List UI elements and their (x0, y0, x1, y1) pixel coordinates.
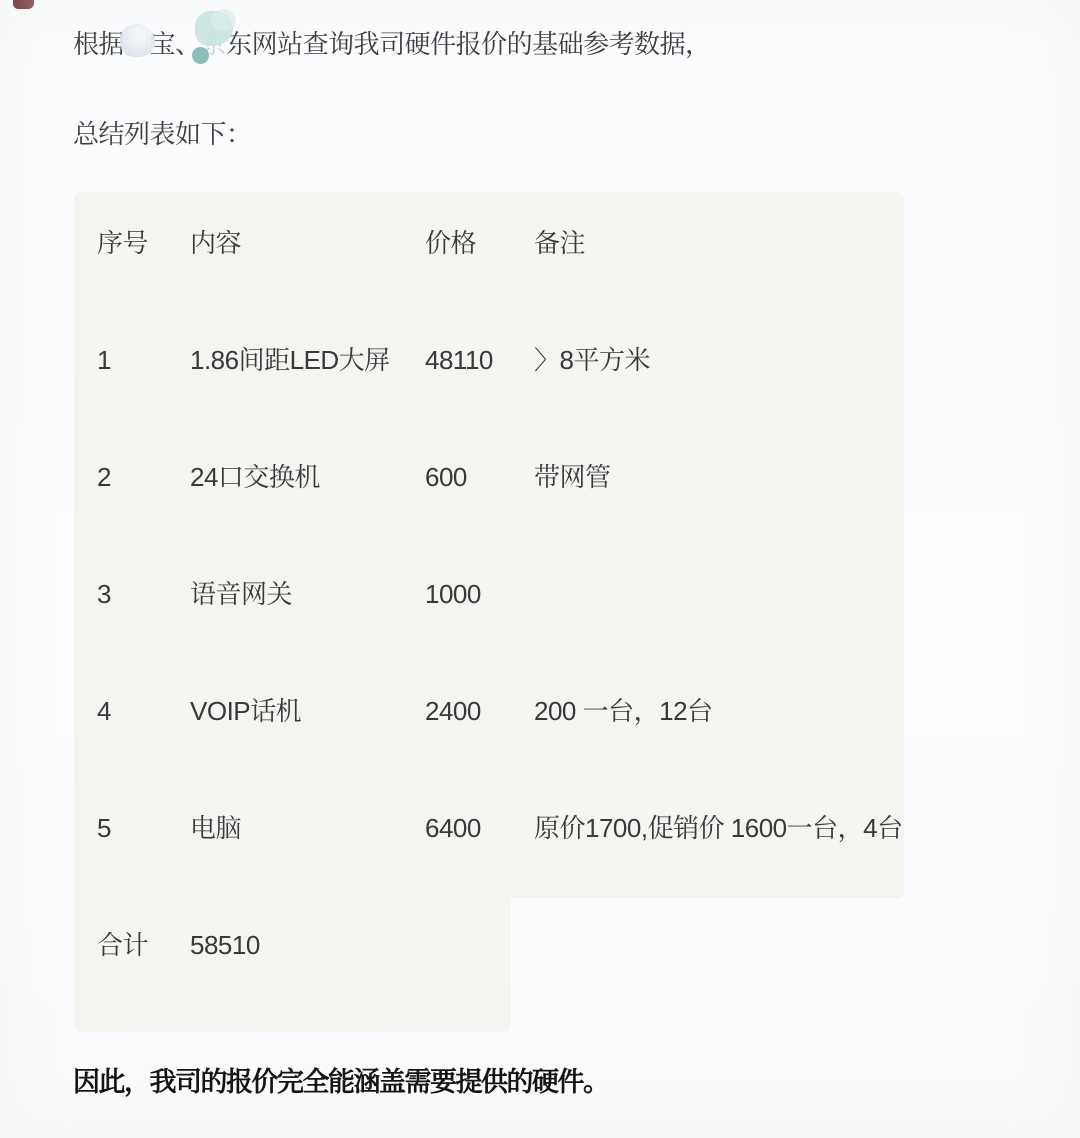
redaction-dot-teal (192, 47, 209, 64)
table-row-2: 2 24口交换机 600 带网管 (0, 460, 1080, 500)
cell-index: 5 (97, 811, 111, 845)
subtitle: 总结列表如下： (73, 114, 252, 151)
header-cell-note: 备注 (534, 226, 585, 260)
cell-index: 2 (97, 460, 111, 494)
redacted-word-1: 淘 (124, 24, 150, 61)
cell-note: 原价1700,促销价 1600一台，4台 (534, 811, 903, 845)
intro-text-1: 根据 (73, 29, 124, 59)
cell-price: 1000 (425, 577, 481, 611)
redacted-word-2: 京 (201, 24, 227, 61)
header-cell-index: 序号 (97, 226, 148, 260)
cell-index: 1 (97, 343, 111, 377)
cell-content: 电脑 (190, 811, 241, 845)
table-row-3: 3 语音网关 1000 (0, 577, 1080, 617)
total-value: 58510 (190, 928, 260, 962)
cell-index: 3 (97, 577, 111, 611)
total-label: 合计 (97, 928, 148, 962)
redaction-corner-mark (13, 0, 34, 9)
intro-paragraph: 根据淘宝、京东网站查询我司硬件报价的基础参考数据， (73, 24, 711, 61)
cell-price: 48110 (425, 343, 493, 377)
table-background (74, 192, 904, 898)
redaction-blob-teal-light (211, 9, 236, 31)
cell-price: 600 (425, 460, 467, 494)
table-row-1: 1 1.86间距LED大屏 48110 〉8平方米 (0, 343, 1080, 383)
cell-content: 语音网关 (190, 577, 292, 611)
table-total-row: 合计 58510 (0, 928, 1080, 968)
header-cell-content: 内容 (190, 226, 241, 260)
cell-note: 带网管 (534, 460, 611, 494)
cell-note: 〉8平方米 (534, 343, 650, 377)
document-page: 根据淘宝、京东网站查询我司硬件报价的基础参考数据， 总结列表如下： 序号 内容 … (0, 0, 1080, 1138)
cell-price: 2400 (425, 694, 481, 728)
cell-content: VOIP话机 (190, 694, 301, 728)
cell-note: 200 一台，12台 (534, 694, 713, 728)
cell-content: 24口交换机 (190, 460, 320, 494)
cell-content: 1.86间距LED大屏 (190, 343, 390, 377)
header-cell-price: 价格 (425, 226, 476, 260)
conclusion-paragraph: 因此，我司的报价完全能涵盖需要提供的硬件。 (73, 1060, 609, 1099)
cell-price: 6400 (425, 811, 481, 845)
cell-index: 4 (97, 694, 111, 728)
intro-text-3: 东网站查询我司硬件报价的基础参考数据， (226, 29, 711, 59)
table-row-5: 5 电脑 6400 原价1700,促销价 1600一台，4台 (0, 811, 1080, 851)
table-header-row: 序号 内容 价格 备注 (0, 226, 1080, 266)
table-row-4: 4 VOIP话机 2400 200 一台，12台 (0, 694, 1080, 734)
redaction-blob-grey (120, 24, 155, 57)
